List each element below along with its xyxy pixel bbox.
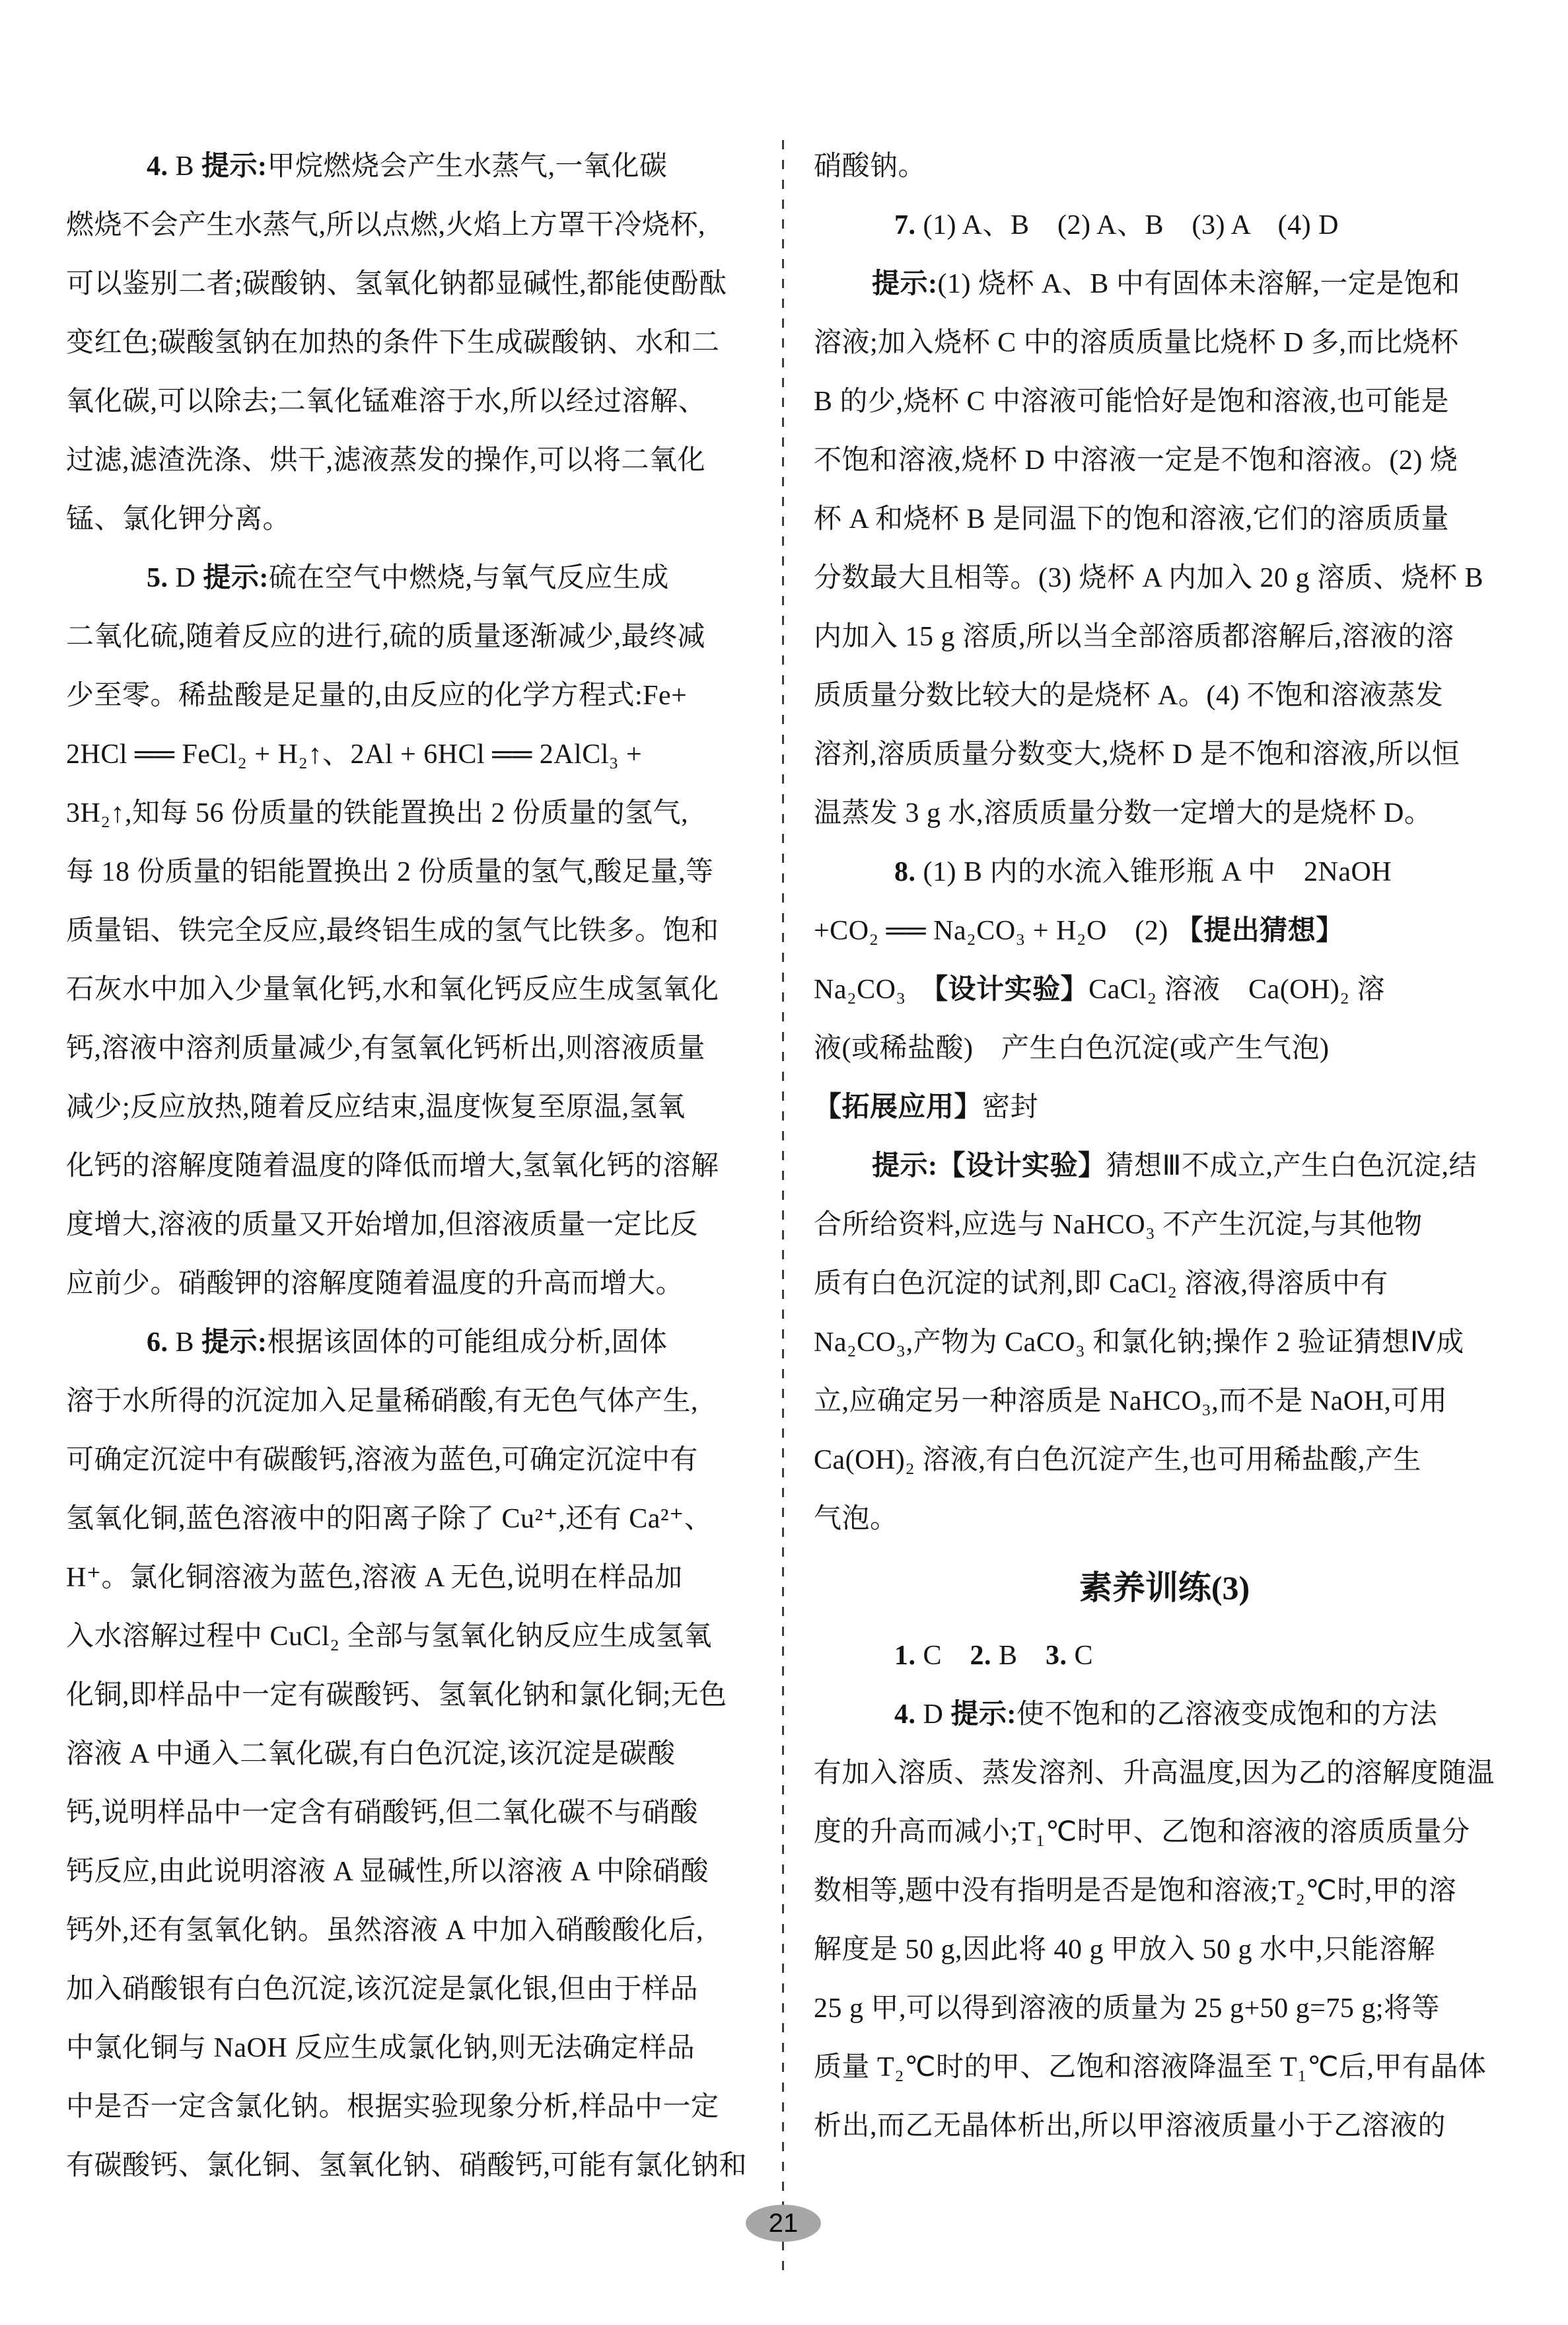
body-text: 使不饱和的乙溶液变成饱和的方法 (1016, 1699, 1438, 1730)
answer-text-line: 25 g 甲,可以得到溶液的质量为 25 g+50 g=75 g;将等 (814, 1979, 1515, 2038)
body-text: 氢氧化铜,蓝色溶液中的阳离子除了 Cu²⁺,还有 Ca²⁺、 (66, 1504, 712, 1534)
answer-text-line: 7. (1) A、B (2) A、B (3) A (4) D (814, 196, 1515, 255)
answer-text-line: 度的升高而减小;T₁℃时甲、乙饱和溶液的溶质质量分 (814, 1803, 1515, 1862)
answer-text-line: 化钙的溶解度随着温度的降低而增大,氢氧化钙的溶解 (66, 1137, 767, 1196)
answer-text-line: 入水溶解过程中 CuCl₂ 全部与氢氧化钠反应生成氢氧 (66, 1607, 767, 1666)
answer-text-line: B 的少,烧杯 C 中溶液可能恰好是饱和溶液,也可能是 (814, 373, 1515, 431)
body-text: (1) B 内的水流入锥形瓶 A 中 2NaOH (916, 857, 1392, 887)
answer-text-line: 加入硝酸银有白色沉淀,该沉淀是氯化银,但由于样品 (66, 1960, 767, 2019)
body-text: 硫在空气中燃烧,与氧气反应生成 (269, 563, 669, 593)
body-text: CaCl₂ 溶液 Ca(OH)₂ 溶 (1088, 975, 1385, 1005)
body-text: (1) 烧杯 A、B 中有固体未溶解,一定是饱和 (938, 269, 1460, 299)
emphasis-text: 提示: (201, 151, 267, 182)
body-text: 二氧化硫,随着反应的进行,硫的质量逐渐减少,最终减 (66, 622, 705, 652)
answer-text-line: 【拓展应用】密封 (814, 1078, 1515, 1137)
body-text: +CO₂ ══ Na₂CO₃ + H₂O (2) (814, 916, 1176, 946)
emphasis-text: 提示: (201, 1327, 267, 1358)
body-text: 温蒸发 3 g 水,溶质质量分数一定增大的是烧杯 D。 (814, 798, 1432, 829)
answers-line: 1. C 2. B 3. C (814, 1627, 1515, 1685)
answer-text-line: 2HCl ══ FeCl₂ + H₂↑、2Al + 6HCl ══ 2AlCl₃… (66, 725, 767, 784)
answer-text-line: 二氧化硫,随着反应的进行,硫的质量逐渐减少,最终减 (66, 608, 767, 667)
answer-text-line: 变红色;碳酸氢钠在加热的条件下生成碳酸钠、水和二 (66, 314, 767, 373)
answer-text-line: 质有白色沉淀的试剂,即 CaCl₂ 溶液,得溶质中有 (814, 1255, 1515, 1313)
answer-text-line: 4. D 提示:使不饱和的乙溶液变成饱和的方法 (814, 1685, 1515, 1744)
body-text: 中是否一定含氯化钠。根据实验现象分析,样品中一定 (66, 2092, 719, 2122)
answer-text-line: 中是否一定含氯化钠。根据实验现象分析,样品中一定 (66, 2078, 767, 2137)
answer-text-line: Na₂CO₃ 【设计实验】CaCl₂ 溶液 Ca(OH)₂ 溶 (814, 961, 1515, 1019)
answer-text-line: Na₂CO₃,产物为 CaCO₃ 和氯化钠;操作 2 验证猜想Ⅳ成 (814, 1313, 1515, 1372)
answer-text-line: 锰、氯化钾分离。 (66, 490, 767, 549)
body-text: 溶液 A 中通入二氧化碳,有白色沉淀,该沉淀是碳酸 (66, 1739, 676, 1769)
answer-text-line: 提示:(1) 烧杯 A、B 中有固体未溶解,一定是饱和 (814, 255, 1515, 314)
body-text: 3H₂↑,知每 56 份质量的铁能置换出 2 份质量的氢气, (66, 798, 688, 829)
answer-text-line: 分数最大且相等。(3) 烧杯 A 内加入 20 g 溶质、烧杯 B (814, 549, 1515, 608)
body-text: B (168, 1327, 202, 1358)
body-text: B (991, 1641, 1046, 1671)
body-text: Ca(OH)₂ 溶液,有白色沉淀产生,也可用稀盐酸,产生 (814, 1445, 1421, 1475)
emphasis-text: 【设计实验】 (938, 1151, 1106, 1181)
answer-text-line: 应前少。硝酸钾的溶解度随着温度的升高而增大。 (66, 1255, 767, 1313)
body-text: Na₂CO₃ (814, 975, 934, 1005)
workbook-answer-page: 4. B 提示:甲烷燃烧会产生水蒸气,一氧化碳燃烧不会产生水蒸气,所以点燃,火焰… (0, 0, 1568, 2325)
answer-text-line: 有加入溶质、蒸发溶剂、升高温度,因为乙的溶解度随温 (814, 1744, 1515, 1803)
answer-text-line: 解度是 50 g,因此将 40 g 甲放入 50 g 水中,只能溶解 (814, 1921, 1515, 1979)
body-text: 甲烷燃烧会产生水蒸气,一氧化碳 (267, 151, 668, 182)
answer-text-line: 析出,而乙无晶体析出,所以甲溶液质量小于乙溶液的 (814, 2097, 1515, 2156)
body-text: 溶于水所得的沉淀加入足量稀硝酸,有无色气体产生, (66, 1386, 698, 1417)
emphasis-text: 1. (894, 1641, 916, 1671)
body-text: 过滤,滤渣洗涤、烘干,滤液蒸发的操作,可以将二氧化 (66, 445, 705, 476)
emphasis-text: 【提出猜想】 (1176, 916, 1344, 946)
answer-text-line: 钙,溶液中溶剂质量减少,有氢氧化钙析出,则溶液质量 (66, 1019, 767, 1078)
body-text: 少至零。稀盐酸是足量的,由反应的化学方程式:Fe+ (66, 681, 687, 711)
emphasis-text: 6. (147, 1327, 168, 1358)
answer-text-line: 溶于水所得的沉淀加入足量稀硝酸,有无色气体产生, (66, 1372, 767, 1431)
body-text: 钙,说明样品中一定含有硝酸钙,但二氧化碳不与硝酸 (66, 1798, 698, 1828)
answer-text-line: 溶液;加入烧杯 C 中的溶质质量比烧杯 D 多,而比烧杯 (814, 314, 1515, 373)
answer-text-line: 化铜,即样品中一定有碳酸钙、氢氧化钠和氯化铜;无色 (66, 1666, 767, 1725)
section-heading: 素养训练(3) (814, 1549, 1515, 1627)
body-text: 气泡。 (814, 1504, 898, 1534)
left-answer-column: 4. B 提示:甲烷燃烧会产生水蒸气,一氧化碳燃烧不会产生水蒸气,所以点燃,火焰… (66, 137, 767, 2196)
emphasis-text: 【设计实验】 (934, 975, 1088, 1005)
body-text: 密封 (982, 1092, 1038, 1123)
answer-text-line: 过滤,滤渣洗涤、烘干,滤液蒸发的操作,可以将二氧化 (66, 431, 767, 490)
answer-text-line: 氧化碳,可以除去;二氧化锰难溶于水,所以经过溶解、 (66, 373, 767, 431)
emphasis-text: 2. (970, 1641, 992, 1671)
body-text: 燃烧不会产生水蒸气,所以点燃,火焰上方罩干冷烧杯, (66, 210, 705, 240)
body-text: D (168, 563, 203, 593)
answer-text-line: 5. D 提示:硫在空气中燃烧,与氧气反应生成 (66, 549, 767, 608)
answer-text-line: 氢氧化铜,蓝色溶液中的阳离子除了 Cu²⁺,还有 Ca²⁺、 (66, 1490, 767, 1549)
answer-text-line: 气泡。 (814, 1490, 1515, 1549)
answer-text-line: 杯 A 和烧杯 B 是同温下的饱和溶液,它们的溶质质量 (814, 490, 1515, 549)
right-answer-column: 硝酸钠。7. (1) A、B (2) A、B (3) A (4) D提示:(1)… (814, 137, 1515, 2156)
body-text: 不饱和溶液,烧杯 D 中溶液一定是不饱和溶液。(2) 烧 (814, 445, 1458, 476)
body-text: 溶剂,溶质质量分数变大,烧杯 D 是不饱和溶液,所以恒 (814, 739, 1460, 770)
answer-text-line: Ca(OH)₂ 溶液,有白色沉淀产生,也可用稀盐酸,产生 (814, 1431, 1515, 1490)
page-number-badge: 21 (746, 2205, 821, 2242)
page-number: 21 (769, 2209, 799, 2238)
answer-text-line: 提示:【设计实验】猜想Ⅲ不成立,产生白色沉淀,结 (814, 1137, 1515, 1196)
body-text: 化铜,即样品中一定有碳酸钙、氢氧化钠和氯化铜;无色 (66, 1680, 727, 1711)
emphasis-text: 7. (894, 210, 916, 240)
answer-text-line: 可确定沉淀中有碳酸钙,溶液为蓝色,可确定沉淀中有 (66, 1431, 767, 1490)
emphasis-text: 素养训练(3) (1079, 1569, 1250, 1606)
answer-text-line: +CO₂ ══ Na₂CO₃ + H₂O (2) 【提出猜想】 (814, 902, 1515, 961)
emphasis-text: 提示: (950, 1699, 1016, 1730)
emphasis-text: 4. (894, 1699, 916, 1730)
answer-text-line: 合所给资料,应选与 NaHCO₃ 不产生沉淀,与其他物 (814, 1196, 1515, 1255)
answer-text-line: 中氯化铜与 NaOH 反应生成氯化钠,则无法确定样品 (66, 2019, 767, 2078)
body-text: 2HCl ══ FeCl₂ + H₂↑、2Al + 6HCl ══ 2AlCl₃… (66, 739, 642, 770)
body-text: Na₂CO₃,产物为 CaCO₃ 和氯化钠;操作 2 验证猜想Ⅳ成 (814, 1327, 1464, 1358)
answer-text-line: 可以鉴别二者;碳酸钠、氢氧化钠都显碱性,都能使酚酞 (66, 255, 767, 314)
answer-text-line: 钙外,还有氢氧化钠。虽然溶液 A 中加入硝酸酸化后, (66, 1901, 767, 1960)
answer-text-line: 燃烧不会产生水蒸气,所以点燃,火焰上方罩干冷烧杯, (66, 196, 767, 255)
answer-text-line: 8. (1) B 内的水流入锥形瓶 A 中 2NaOH (814, 843, 1515, 902)
answer-text-line: 减少;反应放热,随着反应结束,温度恢复至原温,氢氧 (66, 1078, 767, 1137)
body-text: H⁺。氯化铜溶液为蓝色,溶液 A 无色,说明在样品加 (66, 1563, 683, 1593)
body-text: 有加入溶质、蒸发溶剂、升高温度,因为乙的溶解度随温 (814, 1758, 1495, 1789)
answer-text-line: 数相等,题中没有指明是否是饱和溶液;T₂℃时,甲的溶 (814, 1862, 1515, 1921)
body-text: 度的升高而减小;T₁℃时甲、乙饱和溶液的溶质质量分 (814, 1817, 1470, 1847)
body-text: 石灰水中加入少量氧化钙,水和氧化钙反应生成氢氧化 (66, 975, 719, 1005)
body-text: 数相等,题中没有指明是否是饱和溶液;T₂℃时,甲的溶 (814, 1876, 1456, 1906)
body-text: 根据该固体的可能组成分析,固体 (267, 1327, 668, 1358)
answer-text-line: 度增大,溶液的质量又开始增加,但溶液质量一定比反 (66, 1196, 767, 1255)
emphasis-text: 8. (894, 857, 916, 887)
body-text: 合所给资料,应选与 NaHCO₃ 不产生沉淀,与其他物 (814, 1210, 1423, 1240)
body-text: 钙外,还有氢氧化钠。虽然溶液 A 中加入硝酸酸化后, (66, 1915, 703, 1946)
answer-text-line: 质质量分数比较大的是烧杯 A。(4) 不饱和溶液蒸发 (814, 667, 1515, 725)
answer-text-line: 6. B 提示:根据该固体的可能组成分析,固体 (66, 1313, 767, 1372)
answer-text-line: 石灰水中加入少量氧化钙,水和氧化钙反应生成氢氧化 (66, 961, 767, 1019)
body-text: 内加入 15 g 溶质,所以当全部溶质都溶解后,溶液的溶 (814, 622, 1454, 652)
emphasis-text: 提示: (203, 563, 269, 593)
answer-text-line: 少至零。稀盐酸是足量的,由反应的化学方程式:Fe+ (66, 667, 767, 725)
answer-text-line: 硝酸钠。 (814, 137, 1515, 196)
answer-text-line: 4. B 提示:甲烷燃烧会产生水蒸气,一氧化碳 (66, 137, 767, 196)
body-text: 化钙的溶解度随着温度的降低而增大,氢氧化钙的溶解 (66, 1151, 719, 1181)
answer-text-line: 钙反应,由此说明溶液 A 显碱性,所以溶液 A 中除硝酸 (66, 1843, 767, 1901)
body-text: 度增大,溶液的质量又开始增加,但溶液质量一定比反 (66, 1210, 698, 1240)
body-text: B (168, 151, 202, 182)
body-text: C (916, 1641, 970, 1671)
body-text: 25 g 甲,可以得到溶液的质量为 25 g+50 g=75 g;将等 (814, 1993, 1440, 2024)
answer-text-line: 3H₂↑,知每 56 份质量的铁能置换出 2 份质量的氢气, (66, 784, 767, 843)
body-text: 猜想Ⅲ不成立,产生白色沉淀,结 (1106, 1151, 1477, 1181)
body-text: 锰、氯化钾分离。 (66, 504, 291, 535)
answer-text-line: 有碳酸钙、氯化铜、氢氧化钠、硝酸钙,可能有氯化钠和 (66, 2137, 767, 2196)
answer-text-line: 溶剂,溶质质量分数变大,烧杯 D 是不饱和溶液,所以恒 (814, 725, 1515, 784)
emphasis-text: 4. (147, 151, 168, 182)
body-text: 应前少。硝酸钾的溶解度随着温度的升高而增大。 (66, 1269, 684, 1299)
body-text: 质量铝、铁完全反应,最终铝生成的氢气比铁多。饱和 (66, 916, 719, 946)
emphasis-text: 【拓展应用】 (814, 1092, 982, 1123)
body-text: (1) A、B (2) A、B (3) A (4) D (916, 210, 1339, 240)
emphasis-text: 3. (1046, 1641, 1067, 1671)
body-text: 液(或稀盐酸) 产生白色沉淀(或产生气泡) (814, 1033, 1329, 1064)
answer-text-line: 液(或稀盐酸) 产生白色沉淀(或产生气泡) (814, 1019, 1515, 1078)
answer-text-line: 钙,说明样品中一定含有硝酸钙,但二氧化碳不与硝酸 (66, 1784, 767, 1843)
column-divider-dashed-line (782, 140, 784, 2281)
body-text: 析出,而乙无晶体析出,所以甲溶液质量小于乙溶液的 (814, 2111, 1446, 2141)
body-text: 溶液;加入烧杯 C 中的溶质质量比烧杯 D 多,而比烧杯 (814, 328, 1459, 358)
body-text: 质量 T₂℃时的甲、乙饱和溶液降温至 T₁℃后,甲有晶体 (814, 2052, 1486, 2083)
answer-text-line: 不饱和溶液,烧杯 D 中溶液一定是不饱和溶液。(2) 烧 (814, 431, 1515, 490)
emphasis-text: 提示: (872, 269, 938, 299)
answer-text-line: 内加入 15 g 溶质,所以当全部溶质都溶解后,溶液的溶 (814, 608, 1515, 667)
answer-text-line: 温蒸发 3 g 水,溶质质量分数一定增大的是烧杯 D。 (814, 784, 1515, 843)
answer-text-line: 质量铝、铁完全反应,最终铝生成的氢气比铁多。饱和 (66, 902, 767, 961)
body-text: 有碳酸钙、氯化铜、氢氧化钠、硝酸钙,可能有氯化钠和 (66, 2151, 747, 2181)
body-text: 可确定沉淀中有碳酸钙,溶液为蓝色,可确定沉淀中有 (66, 1445, 698, 1475)
body-text: 中氯化铜与 NaOH 反应生成氯化钠,则无法确定样品 (66, 2033, 695, 2063)
body-text: B 的少,烧杯 C 中溶液可能恰好是饱和溶液,也可能是 (814, 387, 1449, 417)
answer-text-line: 每 18 份质量的铝能置换出 2 份质量的氢气,酸足量,等 (66, 843, 767, 902)
body-text: 钙反应,由此说明溶液 A 显碱性,所以溶液 A 中除硝酸 (66, 1857, 709, 1887)
body-text: 硝酸钠。 (814, 151, 926, 182)
body-text: 氧化碳,可以除去;二氧化锰难溶于水,所以经过溶解、 (66, 387, 706, 417)
answer-text-line: 溶液 A 中通入二氧化碳,有白色沉淀,该沉淀是碳酸 (66, 1725, 767, 1784)
body-text: 质质量分数比较大的是烧杯 A。(4) 不饱和溶液蒸发 (814, 681, 1443, 711)
body-text: 立,应确定另一种溶质是 NaHCO₃,而不是 NaOH,可用 (814, 1386, 1447, 1417)
body-text: C (1067, 1641, 1094, 1671)
body-text: D (916, 1699, 951, 1730)
answer-text-line: 质量 T₂℃时的甲、乙饱和溶液降温至 T₁℃后,甲有晶体 (814, 2038, 1515, 2097)
emphasis-text: 5. (147, 563, 168, 593)
body-text: 钙,溶液中溶剂质量减少,有氢氧化钙析出,则溶液质量 (66, 1033, 705, 1064)
answer-text-line: 立,应确定另一种溶质是 NaHCO₃,而不是 NaOH,可用 (814, 1372, 1515, 1431)
body-text: 质有白色沉淀的试剂,即 CaCl₂ 溶液,得溶质中有 (814, 1269, 1388, 1299)
emphasis-text: 提示: (872, 1151, 938, 1181)
body-text: 每 18 份质量的铝能置换出 2 份质量的氢气,酸足量,等 (66, 857, 714, 887)
body-text: 分数最大且相等。(3) 烧杯 A 内加入 20 g 溶质、烧杯 B (814, 563, 1483, 593)
answer-text-line: H⁺。氯化铜溶液为蓝色,溶液 A 无色,说明在样品加 (66, 1549, 767, 1607)
body-text: 解度是 50 g,因此将 40 g 甲放入 50 g 水中,只能溶解 (814, 1935, 1435, 1965)
body-text: 入水溶解过程中 CuCl₂ 全部与氢氧化钠反应生成氢氧 (66, 1621, 712, 1652)
body-text: 变红色;碳酸氢钠在加热的条件下生成碳酸钠、水和二 (66, 328, 720, 358)
body-text: 杯 A 和烧杯 B 是同温下的饱和溶液,它们的溶质质量 (814, 504, 1449, 535)
body-text: 加入硝酸银有白色沉淀,该沉淀是氯化银,但由于样品 (66, 1974, 698, 2005)
body-text: 可以鉴别二者;碳酸钠、氢氧化钠都显碱性,都能使酚酞 (66, 269, 727, 299)
body-text: 减少;反应放热,随着反应结束,温度恢复至原温,氢氧 (66, 1092, 686, 1123)
